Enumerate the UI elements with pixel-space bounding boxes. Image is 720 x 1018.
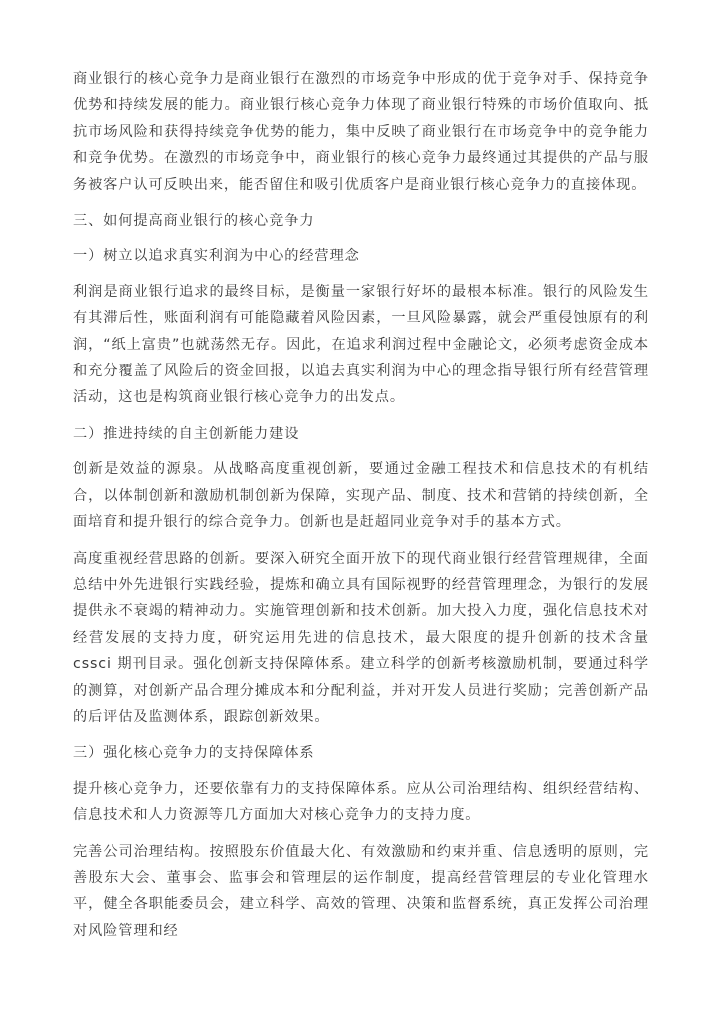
section-heading-3: 三、如何提高商业银行的核心竞争力 xyxy=(73,208,649,234)
paragraph-real-profit: 利润是商业银行追求的最终目标，是衡量一家银行好坏的最根本标准。银行的风险发生有其… xyxy=(73,279,649,411)
paragraph-support-system: 提升核心竞争力，还要依靠有力的支持保障体系。应从公司治理结构、组织经营结构、信息… xyxy=(73,776,649,829)
paragraph-core-competitiveness-definition: 商业银行的核心竞争力是商业银行在激烈的市场竞争中形成的优于竞争对手、保持竞争优势… xyxy=(73,66,649,198)
document-page: 商业银行的核心竞争力是商业银行在激烈的市场竞争中形成的优于竞争对手、保持竞争优势… xyxy=(73,66,649,954)
subsection-heading-3: 三）强化核心竞争力的支持保障体系 xyxy=(73,740,649,766)
paragraph-innovation-strategy: 高度重视经营思路的创新。要深入研究全面开放下的现代商业银行经营管理规律，全面总结… xyxy=(73,546,649,731)
paragraph-innovation-source: 创新是效益的源泉。从战略高度重视创新，要通过金融工程技术和信息技术的有机结合，以… xyxy=(73,456,649,535)
paragraph-corporate-governance: 完善公司治理结构。按照股东价值最大化、有效激励和约束并重、信息透明的原则，完善股… xyxy=(73,839,649,945)
subsection-heading-1: 一）树立以追求真实利润为中心的经营理念 xyxy=(73,243,649,269)
subsection-heading-2: 二）推进持续的自主创新能力建设 xyxy=(73,421,649,447)
